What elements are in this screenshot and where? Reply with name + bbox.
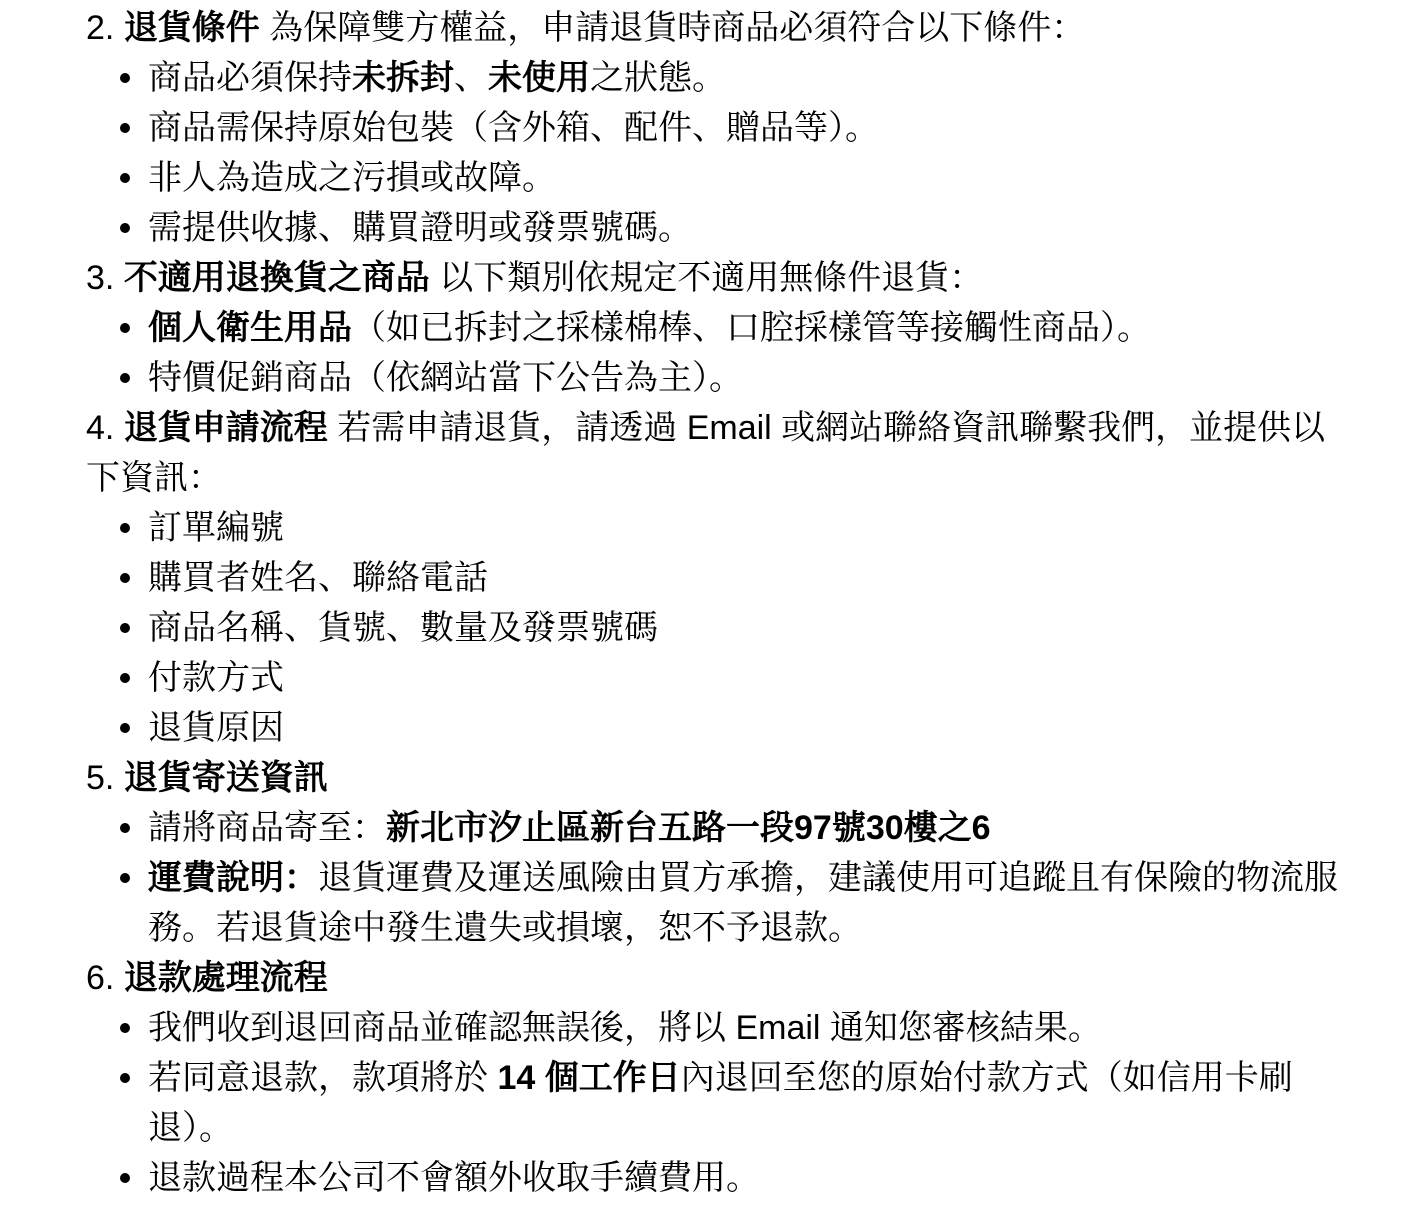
text-segment: 退款處理流程 [124, 959, 328, 997]
numbered-item: 3. 不適用退換貨之商品 以下類別依規定不適用無條件退貨： [86, 253, 1366, 303]
bullet-icon [120, 873, 130, 883]
text-segment: 訂單編號 [148, 509, 284, 547]
bullet-icon [120, 373, 130, 383]
text-segment: （如已拆封之採樣棉棒、口腔採樣管等接觸性商品）。 [352, 309, 1151, 347]
text-segment: 為保障雙方權益，申請退貨時商品必須符合以下條件： [260, 9, 1085, 47]
bullet-icon [120, 223, 130, 233]
bullet-icon [120, 173, 130, 183]
text-segment: 3. [86, 259, 124, 297]
numbered-item: 5. 退貨寄送資訊 [86, 753, 1366, 803]
bullet-icon [120, 723, 130, 733]
text-segment: 以下類別依規定不適用無條件退貨： [430, 259, 983, 297]
text-segment: 運費說明： [148, 859, 318, 897]
text-segment: 退貨申請流程 [124, 409, 328, 447]
bullet-item: 運費說明：退貨運費及運送風險由買方承擔，建議使用可追蹤且有保險的物流服務。若退貨… [86, 853, 1366, 953]
return-policy-document: 2. 退貨條件 為保障雙方權益，申請退貨時商品必須符合以下條件：商品必須保持未拆… [0, 0, 1414, 1205]
bullet-item: 我們收到退回商品並確認無誤後，將以 Email 通知您審核結果。 [86, 1003, 1366, 1053]
text-segment: 非人為造成之污損或故障。 [148, 159, 556, 197]
bullet-icon [120, 1173, 130, 1183]
text-segment: 購買者姓名、聯絡電話 [148, 559, 488, 597]
bullet-item: 請將商品寄至：新北市汐止區新台五路一段97號30樓之6 [86, 803, 1366, 853]
numbered-item: 6. 退款處理流程 [86, 953, 1366, 1003]
bullet-item: 商品名稱、貨號、數量及發票號碼 [86, 603, 1366, 653]
text-segment: 務。若退貨途中發生遺失或損壞，恕不予退款。 [148, 909, 862, 947]
text-segment: 商品必須保持 [148, 59, 352, 97]
text-segment: 退）。 [148, 1109, 233, 1147]
bullet-item: 若同意退款，款項將於 14 個工作日內退回至您的原始付款方式（如信用卡刷退）。 [86, 1053, 1366, 1153]
text-segment: 我們收到退回商品並確認無誤後，將以 Email 通知您審核結果。 [148, 1009, 1102, 1047]
text-segment: 退貨條件 [124, 9, 260, 47]
text-segment: 新北市汐止區新台五路一段97號30樓之6 [386, 809, 991, 847]
bullet-icon [120, 323, 130, 333]
bullet-icon [120, 123, 130, 133]
text-segment: 不適用退換貨之商品 [124, 259, 430, 297]
text-segment: 退貨寄送資訊 [124, 759, 328, 797]
bullet-icon [120, 823, 130, 833]
text-segment: 5. [86, 759, 124, 797]
text-segment: 未使用 [488, 59, 590, 97]
text-segment: 14 個工作日 [497, 1059, 680, 1097]
bullet-icon [120, 73, 130, 83]
bullet-icon [120, 573, 130, 583]
text-segment: 若同意退款，款項將於 [148, 1059, 497, 1097]
bullet-item: 需提供收據、購買證明或發票號碼。 [86, 203, 1366, 253]
text-segment: 下資訊： [86, 459, 222, 497]
text-segment: 未拆封 [352, 59, 454, 97]
bullet-icon [120, 1073, 130, 1083]
bullet-item: 訂單編號 [86, 503, 1366, 553]
bullet-item: 商品必須保持未拆封、未使用之狀態。 [86, 53, 1366, 103]
text-segment: 6. [86, 959, 124, 997]
bullet-icon [120, 523, 130, 533]
text-segment: 退貨運費及運送風險由買方承擔，建議使用可追蹤且有保險的物流服 [318, 859, 1338, 897]
text-segment: 若需申請退貨，請透過 Email 或網站聯絡資訊聯繫我們，並提供以 [328, 409, 1325, 447]
numbered-item: 2. 退貨條件 為保障雙方權益，申請退貨時商品必須符合以下條件： [86, 3, 1366, 53]
document-body: 2. 退貨條件 為保障雙方權益，申請退貨時商品必須符合以下條件：商品必須保持未拆… [86, 3, 1366, 1203]
bullet-item: 退款過程本公司不會額外收取手續費用。 [86, 1153, 1366, 1203]
bullet-item: 個人衛生用品（如已拆封之採樣棉棒、口腔採樣管等接觸性商品）。 [86, 303, 1366, 353]
text-segment: 商品需保持原始包裝（含外箱、配件、贈品等）。 [148, 109, 879, 147]
bullet-icon [120, 623, 130, 633]
bullet-icon [120, 673, 130, 683]
text-segment: 4. [86, 409, 124, 447]
numbered-item: 4. 退貨申請流程 若需申請退貨，請透過 Email 或網站聯絡資訊聯繫我們，並… [86, 403, 1366, 503]
text-segment: 、 [454, 59, 488, 97]
text-segment: 退貨原因 [148, 709, 284, 747]
bullet-icon [120, 1023, 130, 1033]
bullet-item: 購買者姓名、聯絡電話 [86, 553, 1366, 603]
text-segment: 商品名稱、貨號、數量及發票號碼 [148, 609, 658, 647]
text-segment: 個人衛生用品 [148, 309, 352, 347]
bullet-item: 商品需保持原始包裝（含外箱、配件、贈品等）。 [86, 103, 1366, 153]
text-segment: 請將商品寄至： [148, 809, 386, 847]
bullet-item: 非人為造成之污損或故障。 [86, 153, 1366, 203]
text-segment: 內退回至您的原始付款方式（如信用卡刷 [681, 1059, 1293, 1097]
text-segment: 特價促銷商品（依網站當下公告為主）。 [148, 359, 743, 397]
text-segment: 需提供收據、購買證明或發票號碼。 [148, 209, 692, 247]
bullet-item: 特價促銷商品（依網站當下公告為主）。 [86, 353, 1366, 403]
bullet-item: 付款方式 [86, 653, 1366, 703]
text-segment: 之狀態。 [590, 59, 726, 97]
bullet-item: 退貨原因 [86, 703, 1366, 753]
text-segment: 2. [86, 9, 124, 47]
text-segment: 付款方式 [148, 659, 284, 697]
text-segment: 退款過程本公司不會額外收取手續費用。 [148, 1159, 760, 1197]
